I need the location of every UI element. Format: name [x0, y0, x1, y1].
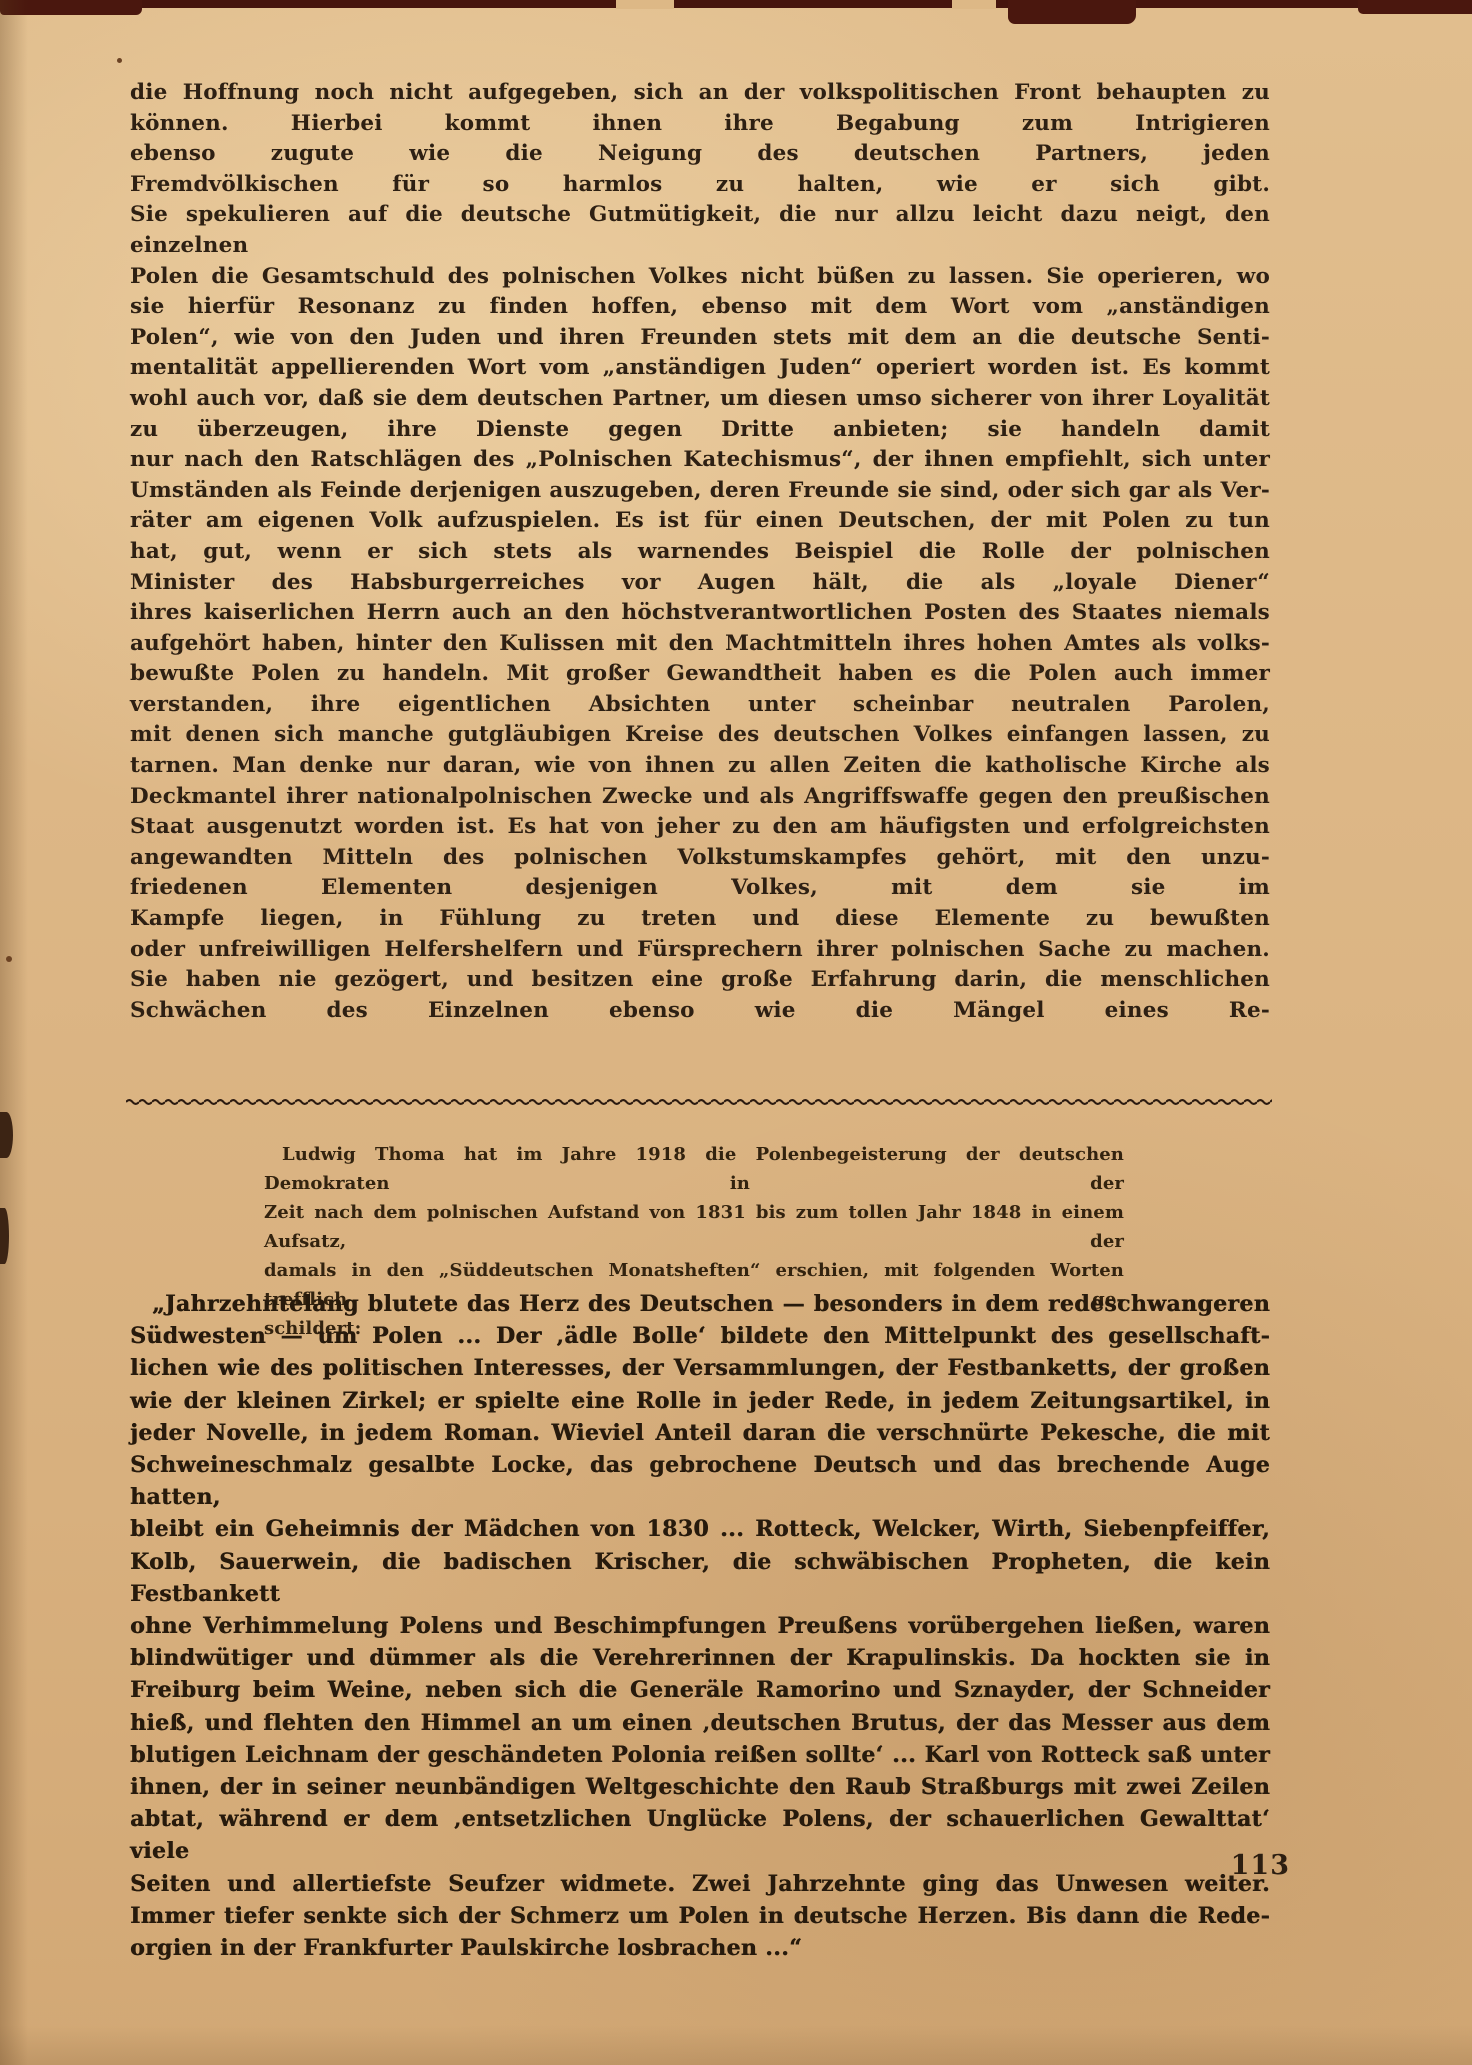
main-text-line: verstanden, ihre eigentlichen Absichten …	[130, 690, 1270, 721]
paper-speck	[6, 956, 12, 962]
main-text-line: ebenso zugute wie die Neigung des deutsc…	[130, 139, 1270, 170]
page-number: 113	[1150, 1850, 1290, 1881]
main-text-line: zu überzeugen, ihre Dienste gegen Dritte…	[130, 415, 1270, 446]
page-top-edge-gap	[616, 0, 674, 9]
paper-speck	[117, 58, 122, 63]
main-text-line: bewußte Polen zu handeln. Mit großer Gew…	[130, 659, 1270, 690]
quote-text-line: Kolb, Sauerwein, die badischen Krischer,…	[130, 1546, 1270, 1610]
main-text-line: Polen“, wie von den Juden und ihren Freu…	[130, 323, 1270, 354]
quote-text-line: „Jahrzehntelang blutete das Herz des Deu…	[130, 1288, 1270, 1320]
main-text-line: tarnen. Man denke nur daran, wie von ihn…	[130, 751, 1270, 782]
main-text-line: sie hierfür Resonanz zu finden hoffen, e…	[130, 292, 1270, 323]
quote-text-line: blutigen Leichnam der geschändeten Polon…	[130, 1739, 1270, 1771]
page-edge-blemish	[0, 1112, 13, 1158]
main-text-line: Staat ausgenutzt worden ist. Es hat von …	[130, 812, 1270, 843]
section-divider	[126, 1096, 1272, 1108]
quote-text-line: Immer tiefer senkte sich der Schmerz um …	[130, 1900, 1270, 1932]
main-text-line: mit denen sich manche gutgläubigen Kreis…	[130, 720, 1270, 751]
quote-text-line: lichen wie des politischen Interesses, d…	[130, 1352, 1270, 1384]
main-text-line: Schwächen des Einzelnen ebenso wie die M…	[130, 996, 1270, 1027]
main-text-line: aufgehört haben, hinter den Kulissen mit…	[130, 629, 1270, 660]
page-bottom-shadow	[0, 2025, 1472, 2065]
quote-text-line: jeder Novelle, in jedem Roman. Wieviel A…	[130, 1417, 1270, 1449]
quote-text-line: Seiten und allertiefste Seufzer widmete.…	[130, 1868, 1270, 1900]
footnote-line: Ludwig Thoma hat im Jahre 1918 die Polen…	[264, 1140, 1124, 1198]
main-text-line: mentalität appellierenden Wort vom „anst…	[130, 353, 1270, 384]
main-text-line: die Hoffnung noch nicht aufgegeben, sich…	[130, 78, 1270, 109]
quote-text-line: bleibt ein Geheimnis der Mädchen von 183…	[130, 1513, 1270, 1545]
main-text-line: Minister des Habsburgerreiches vor Augen…	[130, 568, 1270, 599]
footnote-line: Zeit nach dem polnischen Aufstand von 18…	[264, 1198, 1124, 1256]
page-edge-blemish	[0, 1208, 9, 1264]
page-top-edge-blemish	[1358, 0, 1472, 14]
quote-text-line: Schweineschmalz gesalbte Locke, das gebr…	[130, 1449, 1270, 1513]
main-text-line: Deckmantel ihrer nationalpolnischen Zwec…	[130, 782, 1270, 813]
main-text-line: oder unfreiwilligen Helfershelfern und F…	[130, 935, 1270, 966]
main-text-line: Umständen als Feinde derjenigen auszugeb…	[130, 476, 1270, 507]
quote-text-line: Freiburg beim Weine, neben sich die Gene…	[130, 1674, 1270, 1706]
main-text-line: hat, gut, wenn er sich stets als warnend…	[130, 537, 1270, 568]
main-text-line: räter am eigenen Volk aufzuspielen. Es i…	[130, 506, 1270, 537]
page-top-edge	[0, 0, 1472, 8]
main-text-line: Sie haben nie gezögert, und besitzen ein…	[130, 965, 1270, 996]
main-text-line: ihres kaiserlichen Herrn auch an den höc…	[130, 598, 1270, 629]
quote-text-line: ihnen, der in seiner neunbändigen Weltge…	[130, 1771, 1270, 1803]
main-text-line: wohl auch vor, daß sie dem deutschen Par…	[130, 384, 1270, 415]
main-text-line: friedenen Elementen desjenigen Volkes, m…	[130, 873, 1270, 904]
quote-text-line: hieß, und flehten den Himmel an um einen…	[130, 1707, 1270, 1739]
quote-paragraph: „Jahrzehntelang blutete das Herz des Deu…	[130, 1288, 1270, 1964]
page-top-edge-gap	[952, 0, 996, 9]
page-left-shadow	[0, 0, 28, 2065]
main-text-line: Sie spekulieren auf die deutsche Gutmüti…	[130, 200, 1270, 261]
main-text-line: können. Hierbei kommt ihnen ihre Begabun…	[130, 109, 1270, 140]
main-text-line: Fremdvölkischen für so harmlos zu halten…	[130, 170, 1270, 201]
page-top-edge-blemish	[1008, 0, 1136, 24]
book-page: die Hoffnung noch nicht aufgegeben, sich…	[0, 0, 1472, 2065]
main-text-line: angewandten Mitteln des polnischen Volks…	[130, 843, 1270, 874]
quote-text-line: Südwesten — um Polen ... Der ‚ädle Bolle…	[130, 1320, 1270, 1352]
main-text-line: Polen die Gesamtschuld des polnischen Vo…	[130, 262, 1270, 293]
quote-text-line: orgien in der Frankfurter Paulskirche lo…	[130, 1932, 1270, 1964]
main-paragraph: die Hoffnung noch nicht aufgegeben, sich…	[130, 78, 1270, 1026]
quote-text-line: ohne Verhimmelung Polens und Beschimpfun…	[130, 1610, 1270, 1642]
quote-text-line: abtat, während er dem ‚entsetzlichen Ung…	[130, 1803, 1270, 1867]
quote-text-line: blindwütiger und dümmer als die Verehrer…	[130, 1642, 1270, 1674]
quote-text-line: wie der kleinen Zirkel; er spielte eine …	[130, 1385, 1270, 1417]
main-text-line: Kampfe liegen, in Fühlung zu treten und …	[130, 904, 1270, 935]
main-text-line: nur nach den Ratschlägen des „Polnischen…	[130, 445, 1270, 476]
